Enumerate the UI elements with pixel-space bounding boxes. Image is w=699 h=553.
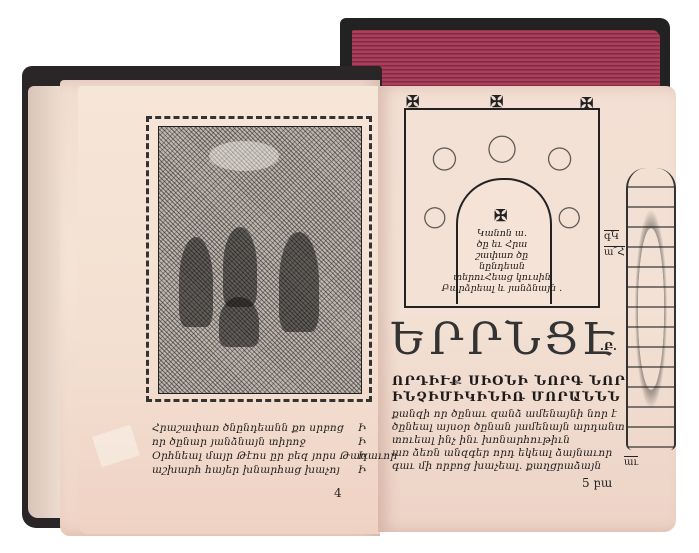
- seated-figure: [279, 232, 319, 332]
- ornamental-vine-column: [626, 168, 676, 450]
- headpiece-line: Բարձրեալ և յանձնայն .: [404, 283, 600, 294]
- body-line: գաւ մի որբոց խաչեալ. քաղցրաձայն: [392, 460, 601, 472]
- cross-icon: ✠: [494, 208, 507, 224]
- page-number-left: 4: [334, 486, 342, 500]
- headpiece-line: տերուՀեաց կուսին: [404, 272, 600, 283]
- red-page-edges: [352, 30, 660, 92]
- caption-line: որ ծընար յանձնայն տիրոջ: [152, 436, 306, 448]
- musician-figure: [223, 227, 257, 307]
- ornamental-bird-initials: ԵՐՐՆՑԷ: [390, 318, 619, 362]
- nativity-woodcut-illustration: [158, 126, 362, 394]
- caption-line: աշխարհ հայեր խնարհաց խաչոյ: [152, 464, 340, 476]
- margin-note: գԿ: [604, 230, 619, 242]
- capital-line: ՈՐԴԻՒՔ ՍԻՕՆԻ ՆՈՐԳ ՆՈՐ: [392, 374, 626, 389]
- caption-line: Հրաշափառ ծնընդեանն քո սրբոց: [152, 422, 344, 434]
- body-line: ծընեալ այսօր ծընան յամենայն արդանտ: [392, 421, 625, 433]
- margin-mark: Ի: [358, 436, 366, 448]
- initial-suffix: .Բ.: [600, 340, 617, 353]
- headpiece-line: շափառ ծը: [404, 250, 600, 261]
- body-line: տուեալ ինչ ինւ խոնարհութիւն: [392, 434, 570, 446]
- musician-figure: [179, 237, 213, 327]
- body-line: առ ձեռն անզգեր որդ եկեալ ձայնաւոր: [392, 447, 612, 459]
- margin-mark: Ի: [358, 464, 366, 476]
- headpiece-text: Կանոն ա. ծը եւ Հրա շափառ ծը նընդեան տերո…: [404, 228, 600, 294]
- capital-line: ԻՆՉԻՄԻԿԻՆԻՌ ՄՈՐԱՆՆՆ: [392, 390, 621, 405]
- margin-mark-bottom: աւ: [624, 456, 638, 468]
- margin-note: ա՜Հ: [604, 246, 625, 258]
- page-number-right: 5 բա: [582, 476, 612, 490]
- margin-mark: Ի: [358, 450, 366, 462]
- headpiece-line: ծը եւ Հրա: [404, 239, 600, 250]
- headpiece-line: Կանոն ա.: [404, 228, 600, 239]
- angels-cloud: [209, 141, 279, 171]
- headpiece-line: նընդեան: [404, 261, 600, 272]
- margin-mark: Ի: [358, 422, 366, 434]
- kneeling-figure: [219, 297, 259, 347]
- body-line: քանզի որ ծընաւ զանձ ամենայնի նոր է: [392, 408, 617, 420]
